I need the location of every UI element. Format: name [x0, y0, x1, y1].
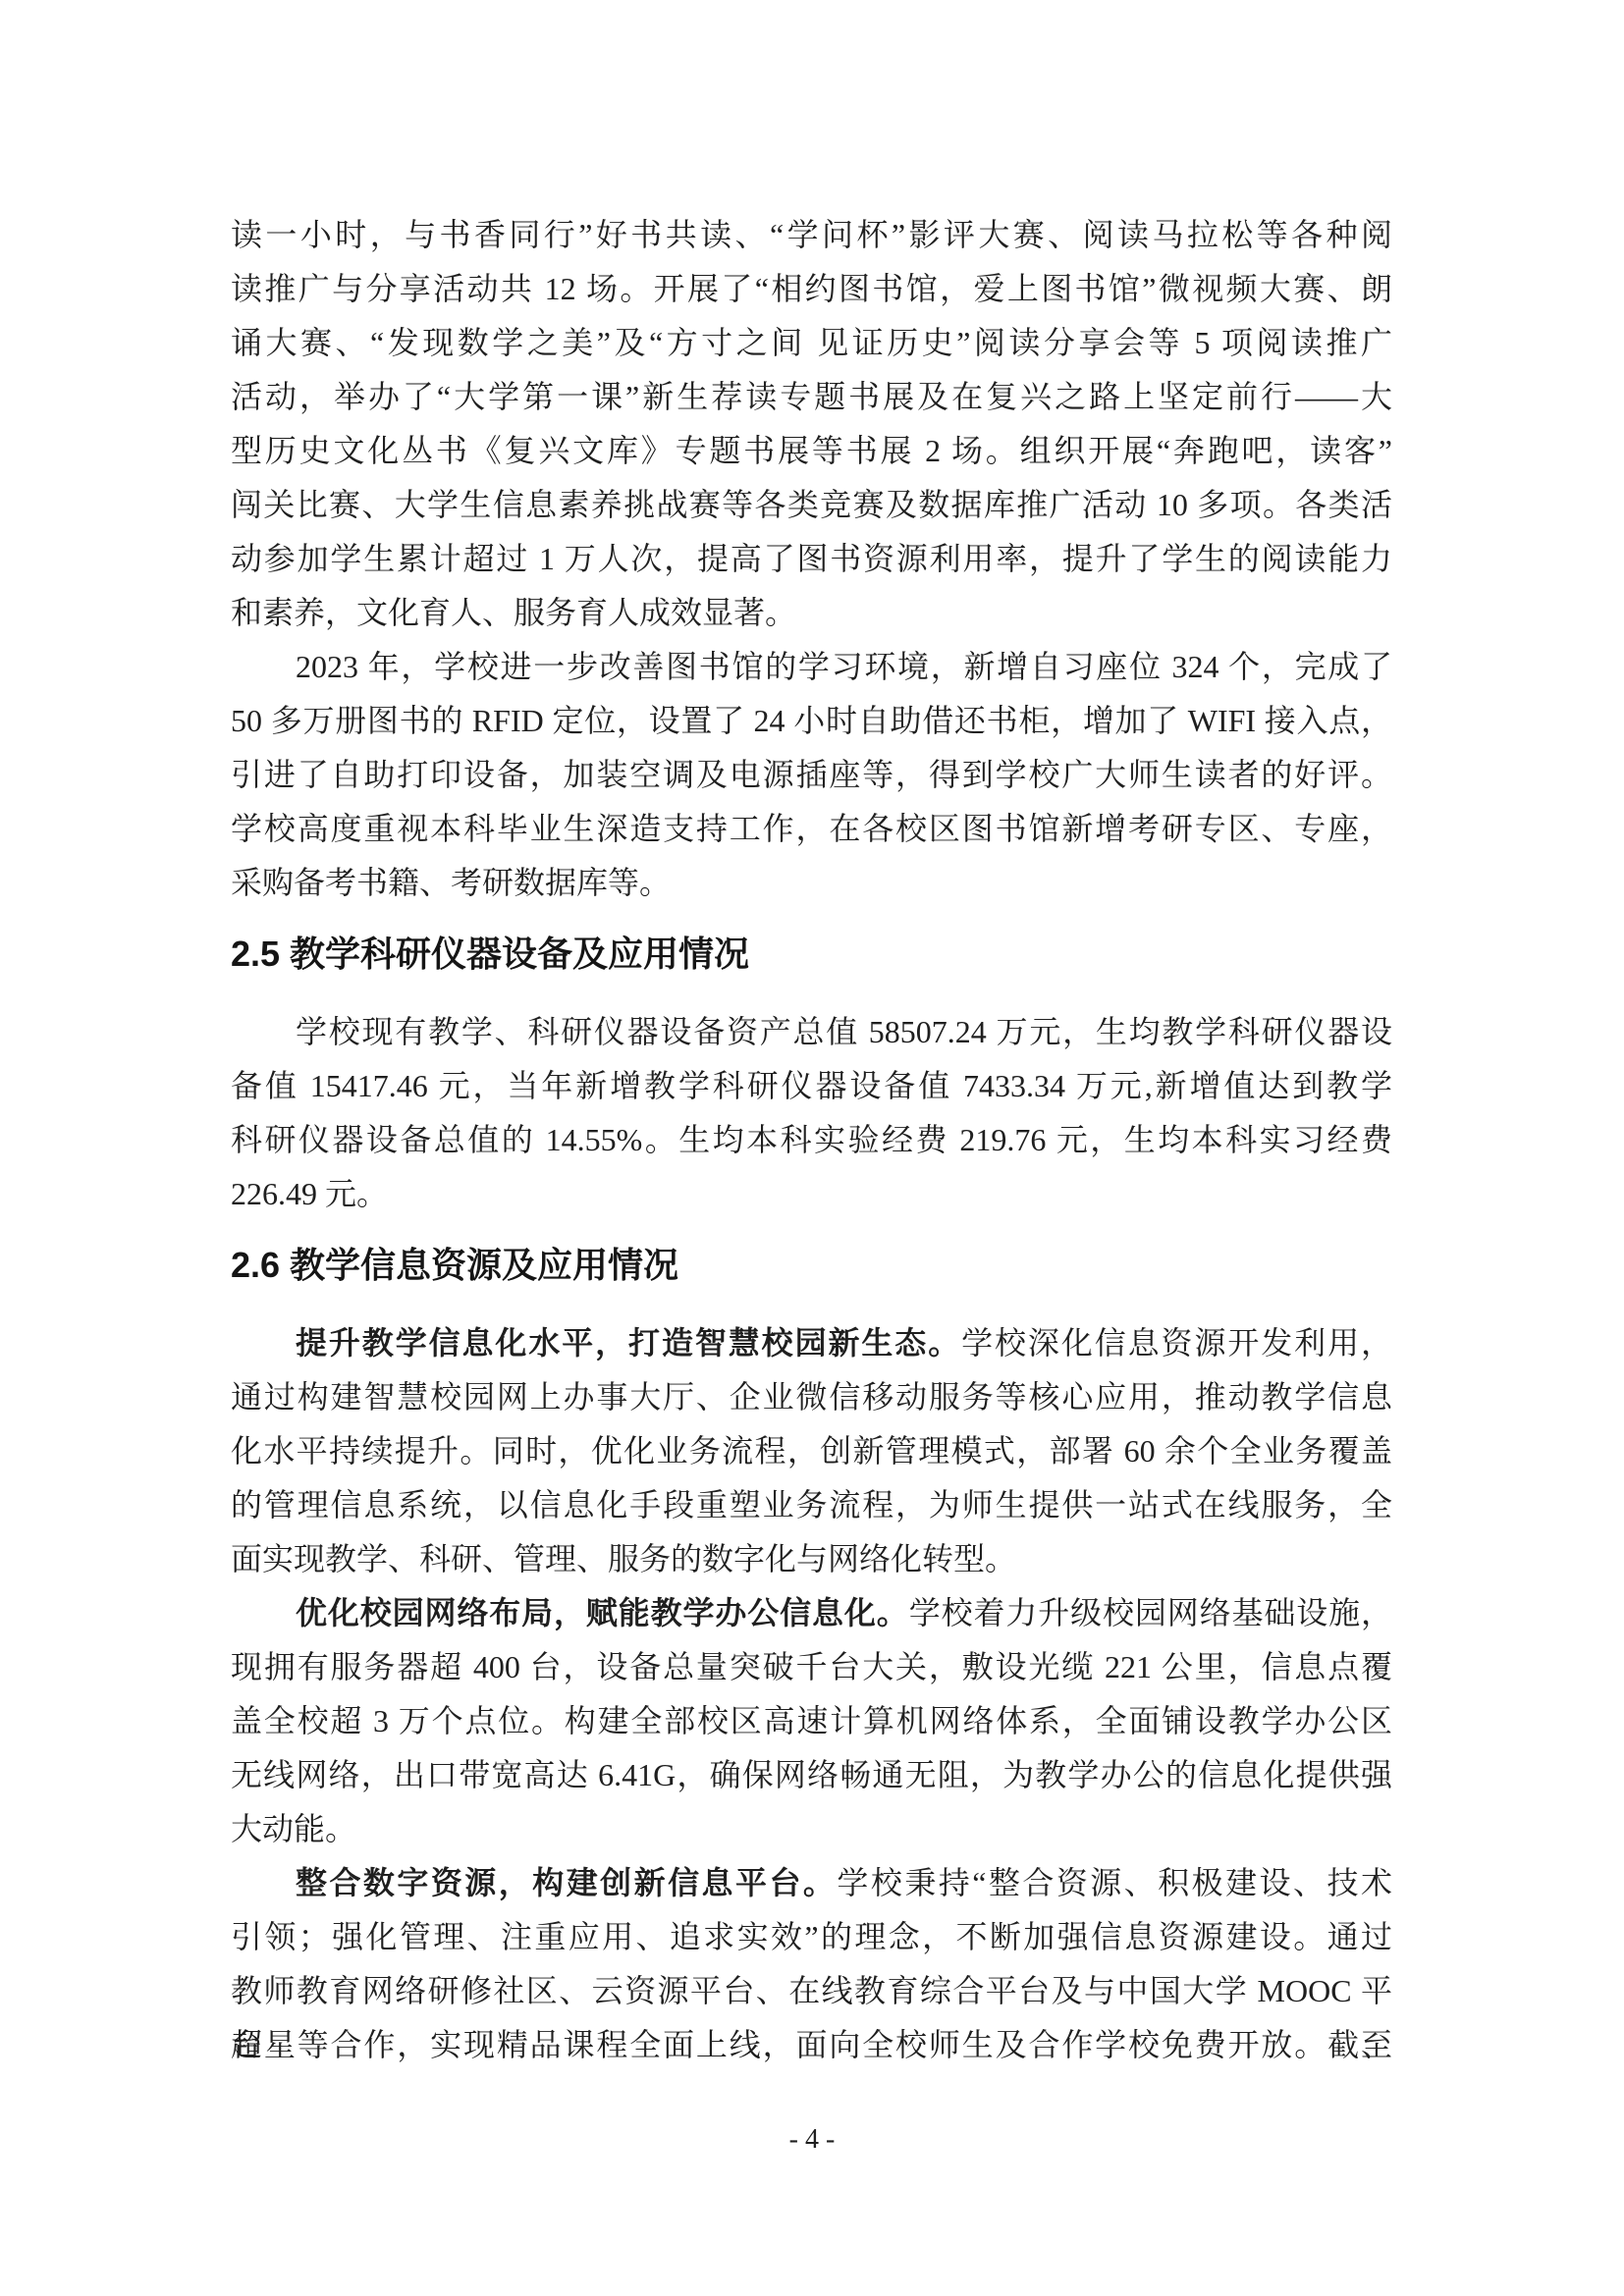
teaching-equipment-paragraph: 学校现有教学、科研仪器设备资产总值 58507.24 万元，生均教学科研仪器设备… — [231, 1005, 1392, 1221]
text-line: 大动能。 — [231, 1802, 1392, 1856]
text-line: 现拥有服务器超 400 台，设备总量突破千台大关，敷设光缆 221 公里，信息点… — [231, 1640, 1392, 1694]
text-line: 动参加学生累计超过 1 万人次，提高了图书资源利用率，提升了学生的阅读能力 — [231, 532, 1392, 586]
text-segment: 学校秉持“整合资源、积极建设、技术 — [837, 1865, 1392, 1900]
text-line: 采购备考书籍、考研数据库等。 — [231, 856, 1392, 910]
section-heading-2-6: 2.6 教学信息资源及应用情况 — [231, 1241, 1392, 1290]
text-line: 通过构建智慧校园网上办事大厅、企业微信移动服务等核心应用，推动教学信息 — [231, 1370, 1392, 1424]
section-heading-2-5: 2.5 教学科研仪器设备及应用情况 — [231, 930, 1392, 979]
text-line: 50 多万册图书的 RFID 定位，设置了 24 小时自助借还书柜，增加了 WI… — [231, 694, 1392, 748]
document-page: 读一小时，与书香同行”好书共读、“学问杯”影评大赛、阅读马拉松等各种阅读推广与分… — [0, 0, 1624, 2296]
text-line: 诵大赛、“发现数学之美”及“方寸之间 见证历史”阅读分享会等 5 项阅读推广 — [231, 316, 1392, 370]
text-line: 活动，举办了“大学第一课”新生荐读专题书展及在复兴之路上坚定前行——大 — [231, 370, 1392, 424]
library-improvements-paragraph: 2023 年，学校进一步改善图书馆的学习环境，新增自习座位 324 个，完成了5… — [231, 640, 1392, 910]
library-reading-activities-paragraph: 读一小时，与书香同行”好书共读、“学问杯”影评大赛、阅读马拉松等各种阅读推广与分… — [231, 208, 1392, 640]
text-line: 和素养，文化育人、服务育人成效显著。 — [231, 586, 1392, 640]
page-number: - 4 - — [0, 2120, 1624, 2160]
text-line: 优化校园网络布局，赋能教学办公信息化。学校着力升级校园网络基础设施， — [231, 1586, 1392, 1640]
text-line: 无线网络，出口带宽高达 6.41G，确保网络畅通无阻，为教学办公的信息化提供强 — [231, 1748, 1392, 1802]
text-line: 面实现教学、科研、管理、服务的数字化与网络化转型。 — [231, 1532, 1392, 1586]
text-line: 读推广与分享活动共 12 场。开展了“相约图书馆，爱上图书馆”微视频大赛、朗 — [231, 262, 1392, 316]
text-line: 读一小时，与书香同行”好书共读、“学问杯”影评大赛、阅读马拉松等各种阅 — [231, 208, 1392, 262]
text-line: 超星等合作，实现精品课程全面上线，面向全校师生及合作学校免费开放。截至 — [231, 2018, 1392, 2072]
text-line: 型历史文化丛书《复兴文库》专题书展等书展 2 场。组织开展“奔跑吧，读客” — [231, 424, 1392, 478]
text-line: 教师教育网络研修社区、云资源平台、在线教育综合平台及与中国大学 MOOC 平台、 — [231, 1964, 1392, 2018]
bold-lead-text: 优化校园网络布局，赋能教学办公信息化。 — [296, 1595, 909, 1630]
text-line: 引领；强化管理、注重应用、追求实效”的理念，不断加强信息资源建设。通过 — [231, 1910, 1392, 1964]
digital-resources-paragraph: 整合数字资源，构建创新信息平台。学校秉持“整合资源、积极建设、技术引领；强化管理… — [231, 1856, 1392, 2072]
smart-campus-paragraph: 提升教学信息化水平，打造智慧校园新生态。学校深化信息资源开发利用，通过构建智慧校… — [231, 1316, 1392, 1586]
text-line: 整合数字资源，构建创新信息平台。学校秉持“整合资源、积极建设、技术 — [231, 1856, 1392, 1910]
text-line: 提升教学信息化水平，打造智慧校园新生态。学校深化信息资源开发利用， — [231, 1316, 1392, 1370]
bold-lead-text: 整合数字资源，构建创新信息平台。 — [296, 1865, 837, 1900]
document-body: 读一小时，与书香同行”好书共读、“学问杯”影评大赛、阅读马拉松等各种阅读推广与分… — [231, 208, 1392, 2072]
text-line: 盖全校超 3 万个点位。构建全部校区高速计算机网络体系，全面铺设教学办公区 — [231, 1694, 1392, 1748]
text-line: 闯关比赛、大学生信息素养挑战赛等各类竞赛及数据库推广活动 10 多项。各类活 — [231, 478, 1392, 532]
text-segment: 学校着力升级校园网络基础设施， — [909, 1595, 1392, 1630]
text-line: 学校高度重视本科毕业生深造支持工作，在各校区图书馆新增考研专区、专座， — [231, 802, 1392, 856]
campus-network-paragraph: 优化校园网络布局，赋能教学办公信息化。学校着力升级校园网络基础设施，现拥有服务器… — [231, 1586, 1392, 1856]
text-line: 2023 年，学校进一步改善图书馆的学习环境，新增自习座位 324 个，完成了 — [231, 640, 1392, 694]
text-line: 学校现有教学、科研仪器设备资产总值 58507.24 万元，生均教学科研仪器设 — [231, 1005, 1392, 1059]
text-line: 的管理信息系统，以信息化手段重塑业务流程，为师生提供一站式在线服务，全 — [231, 1478, 1392, 1532]
text-line: 226.49 元。 — [231, 1167, 1392, 1221]
text-line: 备值 15417.46 元，当年新增教学科研仪器设备值 7433.34 万元,新… — [231, 1059, 1392, 1113]
text-line: 化水平持续提升。同时，优化业务流程，创新管理模式，部署 60 余个全业务覆盖 — [231, 1424, 1392, 1478]
text-line: 引进了自助打印设备，加装空调及电源插座等，得到学校广大师生读者的好评。 — [231, 748, 1392, 802]
text-line: 科研仪器设备总值的 14.55%。生均本科实验经费 219.76 元，生均本科实… — [231, 1113, 1392, 1167]
text-segment: 学校深化信息资源开发利用， — [961, 1325, 1392, 1361]
bold-lead-text: 提升教学信息化水平，打造智慧校园新生态。 — [296, 1325, 961, 1361]
